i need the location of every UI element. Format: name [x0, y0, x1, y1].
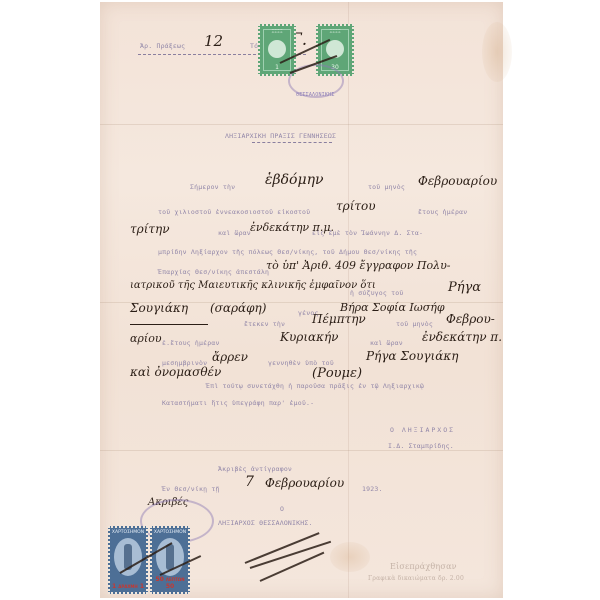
- stain: [330, 542, 370, 572]
- stamp-header: ΧΑΡΤΟΣΗΜΟΝ: [110, 530, 146, 535]
- certification-year: 1923.: [362, 485, 383, 493]
- body-text: εἰς ἐμὲ τὸν Ἰωάννην Δ. Στα-: [312, 229, 423, 237]
- certified-copy-label: Ἀκριβὲς ἀντίγραφον: [218, 465, 292, 473]
- body-text: τοῦ μηνὸς: [368, 183, 405, 191]
- faint-imprint: Εἰσεπράχθησαν: [390, 562, 457, 571]
- body-text: ἔτους ἡμέραν: [418, 208, 467, 216]
- stain: [482, 22, 512, 82]
- fold-line: [100, 124, 503, 125]
- stamp-value: 1: [260, 64, 294, 71]
- handwritten-birth-day: Πέμπτην: [312, 312, 366, 326]
- body-text: τοῦ μηνὸς: [396, 320, 433, 328]
- body-text: ἔτεκεν τὴν: [244, 320, 285, 328]
- faint-imprint: Γραφικὰ δικαιώματα δρ. 2.00: [368, 575, 464, 582]
- handwritten-surname: Σουγιάκη: [130, 301, 188, 315]
- handwritten-clinic: ιατρικοῦ τῆς Μαιευτικῆς κλινικῆς ἐμφαῖνο…: [130, 280, 376, 291]
- act-number: 12: [204, 32, 223, 50]
- seal-text: ΘΕΣΣΑΛΟΝΙΚΗΣ: [296, 92, 335, 98]
- body-text: Καταστήματι ἥτις ὑπεγράφη παρ' ἐμοῦ.-: [162, 399, 314, 407]
- handwritten-sex: ἄρρεν: [212, 350, 248, 364]
- handwritten-document-ref: τὸ ὑπ' Ἀριθ. 409 ἔγγραφον Πολυ-: [266, 259, 451, 272]
- handwritten-birth-hour: ἐνδεκάτην π.: [422, 330, 502, 344]
- handwritten-text: καὶ ὀνομασθέν: [130, 365, 221, 379]
- stamp-header: ΧΑΡΤΟΣΗΜΟΝ: [152, 530, 188, 535]
- handwritten-birth-weekday: Κυριακήν: [280, 330, 338, 344]
- body-text: Σήμερον τὴν: [190, 183, 235, 191]
- fold-line: [100, 450, 503, 451]
- body-text: τοῦ χιλιοστοῦ ἐννεακοσιοστοῦ εἰκοστοῦ: [158, 208, 310, 216]
- body-text: καὶ ὥραν: [218, 229, 251, 237]
- body-text: ἡ σύζυγος τοῦ: [350, 289, 403, 297]
- body-text: ἐ.ἔτους ἡμέραν: [162, 339, 220, 347]
- stamp-value: 1 ΔΡΑΧΜΗ 1: [110, 583, 146, 590]
- body-text: Ἐπαρχίας Θεσ/νίκης ἀπεστάλη: [158, 268, 269, 276]
- handwritten-child-name: (Ρουμε): [312, 366, 362, 381]
- act-number-label: Ἀρ. Πράξεως: [140, 42, 185, 50]
- revenue-stamp-blue-2: ΧΑΡΤΟΣΗΜΟΝ 50 ΛΕΠΤΩΝ 50: [150, 526, 190, 594]
- handwritten-month: Φεβρουαρίου: [418, 174, 497, 188]
- revenue-stamp-green-1: ΞΞΞΞ 1: [258, 24, 296, 76]
- handwritten-birth-month: Φεβρου-: [446, 312, 495, 326]
- body-text: μπρίδην Ληξίαρχον τῆς πόλεως Θεσ/νίκης, …: [158, 248, 417, 256]
- title-underline: [252, 142, 332, 143]
- handwritten-year: τρίτου: [336, 199, 376, 213]
- document-title: ΛΗΞΙΑΡΧΙΚΗ ΠΡΑΞΙΣ ΓΕΝΝΗΣΕΩΣ: [225, 132, 336, 140]
- handwritten-dash: [130, 324, 208, 325]
- registrar-name: Ι.Δ. Σταμπρίδης.: [388, 442, 454, 450]
- stamp-value: 50 ΛΕΠΤΩΝ 50: [152, 576, 188, 590]
- handwritten-cert-day: 7: [245, 474, 254, 490]
- signature: [260, 552, 325, 582]
- certification-place: Ἐν Θεσ/νίκῃ τῇ: [162, 485, 220, 493]
- certification-office: ΛΗΞΙΑΡΧΟΣ ΘΕΣΣΑΛΟΝΙΚΗΣ.: [218, 519, 313, 527]
- body-text: Ἐπὶ τούτῳ συνετάχθη ἡ παροῦσα πρᾶξις ἐν …: [206, 382, 424, 390]
- handwritten-father-name: Ρήγα: [448, 280, 481, 295]
- allegorical-figure-icon: [166, 544, 174, 570]
- handwritten-text: αρίου: [130, 332, 162, 345]
- handwritten-weekday: τρίτην: [130, 222, 170, 236]
- body-text: καὶ ὥραν: [370, 339, 403, 347]
- certification-article: Ο: [280, 505, 284, 513]
- birth-certificate-document: Ἀρ. Πράξεως 12 Τόμου Γ. ΞΞΞΞ 1 ΞΞΞΞ 30 Θ…: [100, 2, 503, 598]
- registrar-title: Ο ΛΗΞΙΑΡΧΟΣ: [390, 426, 455, 434]
- crown-emblem-icon: [268, 40, 286, 58]
- handwritten-father-fullname: Ρήγα Σουγιάκη: [366, 349, 458, 363]
- handwritten-day: ἑβδόμην: [265, 172, 323, 188]
- fold-line-vertical: [348, 2, 349, 598]
- handwritten-profession: (σαράφη): [210, 301, 266, 315]
- handwritten-cert-month: Φεβρουαρίου: [265, 476, 344, 490]
